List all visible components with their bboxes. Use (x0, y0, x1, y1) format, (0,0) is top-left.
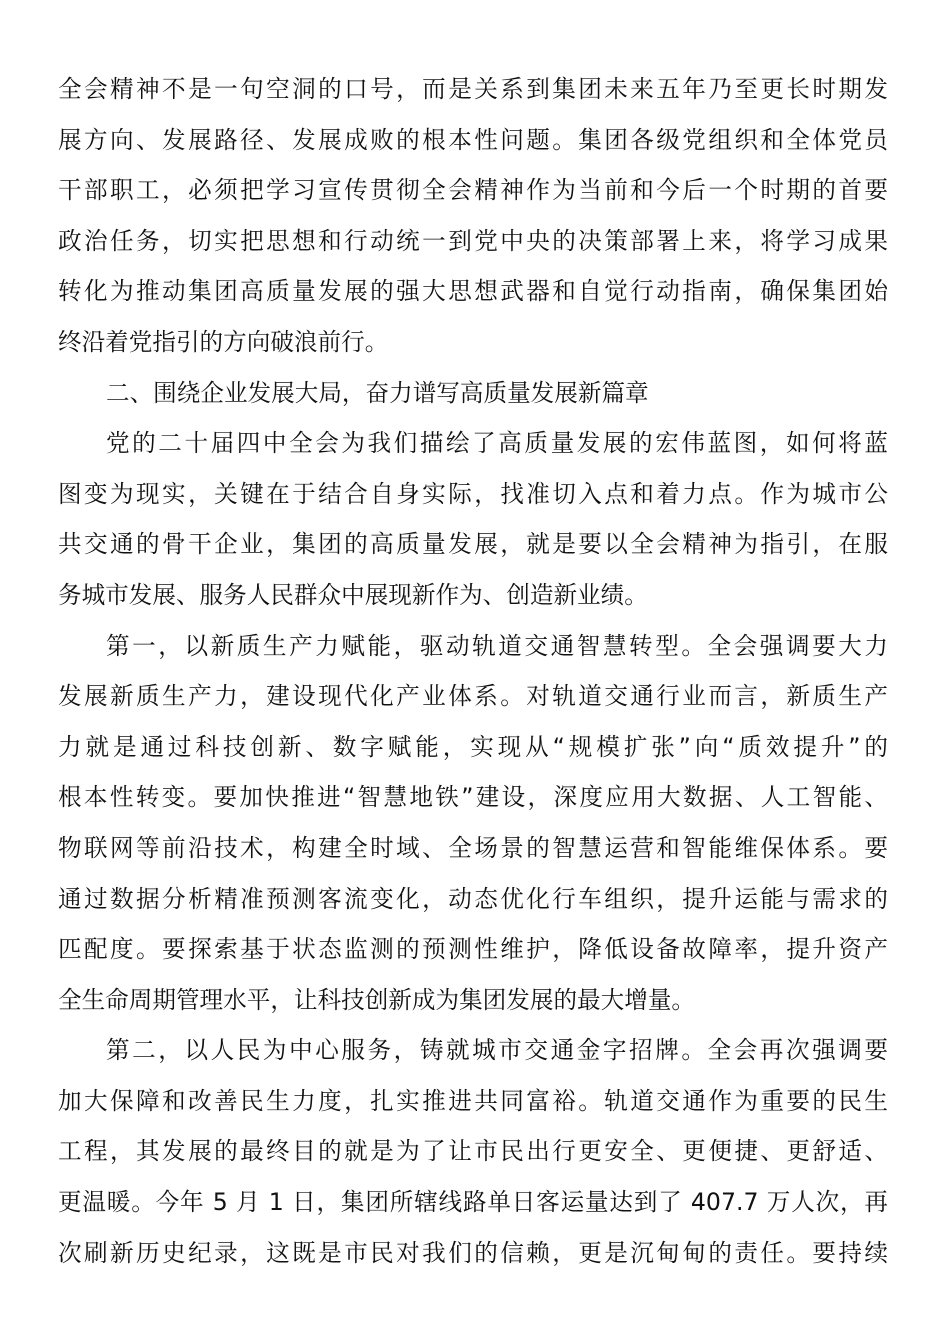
text-line: 务城市发展、服务人民群众中展现新作为、创造新业绩。 (58, 570, 888, 621)
text-line: 根本性转变。要加快推进“智慧地铁”建设，深度应用大数据、人工智能、 (58, 772, 888, 823)
text-line: 全会精神不是一句空洞的口号，而是关系到集团未来五年乃至更长时期发 (58, 64, 888, 115)
text-line: 加大保障和改善民生力度，扎实推进共同富裕。轨道交通作为重要的民生 (58, 1076, 888, 1127)
section-heading: 二、围绕企业发展大局，奋力谱写高质量发展新篇章 (58, 368, 888, 419)
text-line: 转化为推动集团高质量发展的强大思想武器和自觉行动指南，确保集团始 (58, 266, 888, 317)
text-line: 全生命周期管理水平，让科技创新成为集团发展的最大增量。 (58, 975, 888, 1026)
text-line: 匹配度。要探索基于状态监测的预测性维护，降低设备故障率，提升资产 (58, 924, 888, 975)
text-line: 第二，以人民为中心服务，铸就城市交通金字招牌。全会再次强调要 (58, 1025, 888, 1076)
text-line: 党的二十届四中全会为我们描绘了高质量发展的宏伟蓝图，如何将蓝 (58, 418, 888, 469)
text-line: 物联网等前沿技术，构建全时域、全场景的智慧运营和智能维保体系。要 (58, 823, 888, 874)
text-line: 第一，以新质生产力赋能，驱动轨道交通智慧转型。全会强调要大力 (58, 621, 888, 672)
text-line: 发展新质生产力，建设现代化产业体系。对轨道交通行业而言，新质生产 (58, 671, 888, 722)
text-line: 更温暖。今年 5 月 1 日，集团所辖线路单日客运量达到了 407.7 万人次，… (58, 1177, 888, 1228)
text-line: 工程，其发展的最终目的就是为了让市民出行更安全、更便捷、更舒适、 (58, 1126, 888, 1177)
text-line: 力就是通过科技创新、数字赋能，实现从“规模扩张”向“质效提升”的 (58, 722, 888, 773)
text-line: 展方向、发展路径、发展成败的根本性问题。集团各级党组织和全体党员 (58, 115, 888, 166)
text-line: 次刷新历史纪录，这既是市民对我们的信赖，更是沉甸甸的责任。要持续 (58, 1228, 888, 1279)
text-line: 干部职工，必须把学习宣传贯彻全会精神作为当前和今后一个时期的首要 (58, 165, 888, 216)
text-line: 图变为现实，关键在于结合自身实际，找准切入点和着力点。作为城市公 (58, 469, 888, 520)
text-line: 共交通的骨干企业，集团的高质量发展，就是要以全会精神为指引，在服 (58, 519, 888, 570)
text-line: 通过数据分析精准预测客流变化，动态优化行车组织，提升运能与需求的 (58, 874, 888, 925)
text-line: 政治任务，切实把思想和行动统一到党中央的决策部署上来，将学习成果 (58, 216, 888, 267)
document-page: 全会精神不是一句空洞的口号，而是关系到集团未来五年乃至更长时期发 展方向、发展路… (58, 64, 888, 1278)
text-line: 终沿着党指引的方向破浪前行。 (58, 317, 888, 368)
